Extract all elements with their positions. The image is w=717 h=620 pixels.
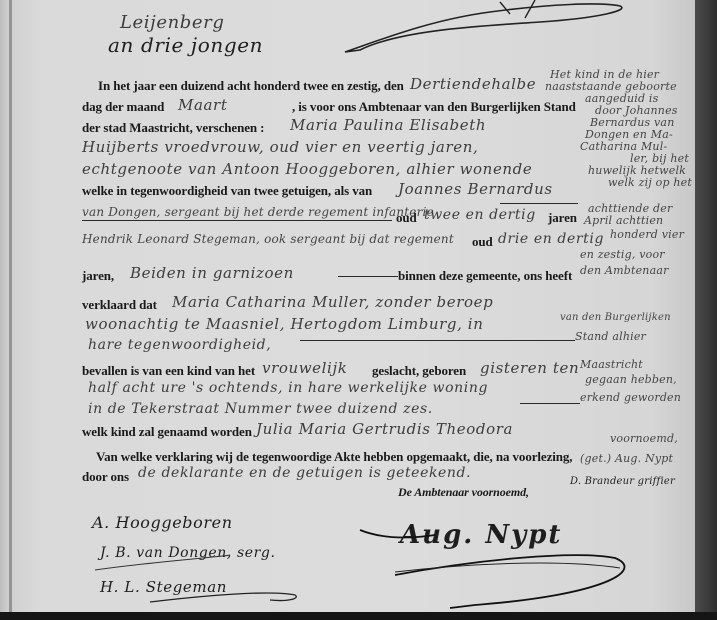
signature-underline <box>90 540 310 610</box>
page-edge-shadow <box>695 0 717 620</box>
margin-line: van den Burgerlijken <box>560 312 671 323</box>
hand-mother-2: woonachtig te Maasniel, Hertogdom Limbur… <box>85 315 483 333</box>
margin-line: voornoemd, <box>610 432 678 445</box>
hand-witness1-name: Joannes Bernardus <box>398 180 553 198</box>
hand-declarant-2: Huijberts vroedvrouw, oud vier en veerti… <box>82 138 478 156</box>
margin-line: Maastricht <box>580 358 643 371</box>
printed-jaren1: jaren <box>548 210 577 226</box>
margin-line: en zestig, voor <box>580 248 665 261</box>
header-note-line1: Leijenberg <box>120 12 225 33</box>
hand-born-3: in de Tekerstraat Nummer twee duizend ze… <box>88 401 433 417</box>
hand-witness2-age: drie en dertig <box>498 231 604 247</box>
signature-left-1: A. Hooggeboren <box>92 513 233 532</box>
printed-line3: der stad Maastricht, verschenen : <box>82 120 264 136</box>
margin-line: honderd vier <box>610 228 684 241</box>
margin-signature: (get.) Aug. Nypt <box>580 452 673 465</box>
printed-line2a: dag der maand <box>82 99 164 115</box>
printed-geslacht: geslacht, geboren <box>372 363 466 379</box>
printed-van-welke: Van welke verklaring wij de tegenwoordig… <box>96 449 572 465</box>
rule <box>338 276 398 277</box>
hand-sex: vrouwelijk <box>262 359 347 377</box>
margin-line: gegaan hebben, <box>585 373 677 386</box>
printed-bevallen: bevallen is van een kind van het <box>82 363 255 379</box>
hand-born-2: half acht ure 's ochtends, in hare werke… <box>88 380 488 396</box>
printed-oud1: oud <box>396 210 417 226</box>
printed-line4: welke in tegenwoordigheid van twee getui… <box>82 183 372 199</box>
rule <box>500 203 578 204</box>
margin-line: April achttien <box>584 214 663 227</box>
header-note-line2: an drie jongen <box>108 33 263 57</box>
margin-signature-2: D. Brandeur griffier <box>570 476 675 487</box>
hand-mother-1: Maria Catharina Muller, zonder beroep <box>172 293 493 311</box>
hand-residence: Beiden in garnizoen <box>130 264 294 282</box>
rule <box>520 403 580 404</box>
printed-line2b: , is voor ons Ambtenaar van den Burgerli… <box>292 99 576 115</box>
top-flourish <box>340 0 640 60</box>
printed-ambtenaar: De Ambtenaar voornoemd, <box>398 485 529 500</box>
hand-declarant-3: echtgenoote van Antoon Hooggeboren, alhi… <box>82 160 532 178</box>
margin-line: den Ambtenaar <box>580 264 669 277</box>
margin-line: Stand alhier <box>575 330 646 343</box>
hand-born-1: gisteren ten <box>480 359 579 377</box>
rule <box>82 220 392 221</box>
register-page: Leijenberg an drie jongen In het jaar ee… <box>0 0 695 612</box>
printed-oud2: oud <box>472 234 493 250</box>
hand-child-name: Julia Maria Gertrudis Theodora <box>256 420 513 438</box>
rule <box>300 340 575 341</box>
printed-welk-kind: welk kind zal genaamd worden <box>82 424 252 440</box>
printed-binnen: binnen deze gemeente, ons heeft <box>398 268 572 284</box>
page-bottom-edge <box>0 612 717 620</box>
hand-month: Maart <box>178 96 227 114</box>
hand-witness1-age: twee en dertig <box>424 207 536 223</box>
hand-mother-3: hare tegenwoordigheid, <box>88 337 271 353</box>
hand-witness2-name: Hendrik Leonard Stegeman, ook sergeant b… <box>82 232 454 246</box>
margin-line: welk zij op het <box>608 176 692 189</box>
hand-declarant-1: Maria Paulina Elisabeth <box>290 116 486 134</box>
binding-line <box>9 0 12 612</box>
printed-jaren2: jaren, <box>82 268 114 284</box>
hand-signed-by: de deklarante en de getuigen is geteeken… <box>138 465 471 481</box>
printed-verklaard: verklaard dat <box>82 297 157 313</box>
hand-day: Dertiendehalbe <box>410 75 536 93</box>
official-flourish <box>355 510 655 610</box>
printed-door-ons: door ons <box>82 469 129 485</box>
printed-line1: In het jaar een duizend acht honderd twe… <box>98 78 404 94</box>
margin-line: erkend geworden <box>580 391 681 404</box>
hand-witness1-line: van Dongen, sergeant bij het derde regem… <box>82 205 434 219</box>
